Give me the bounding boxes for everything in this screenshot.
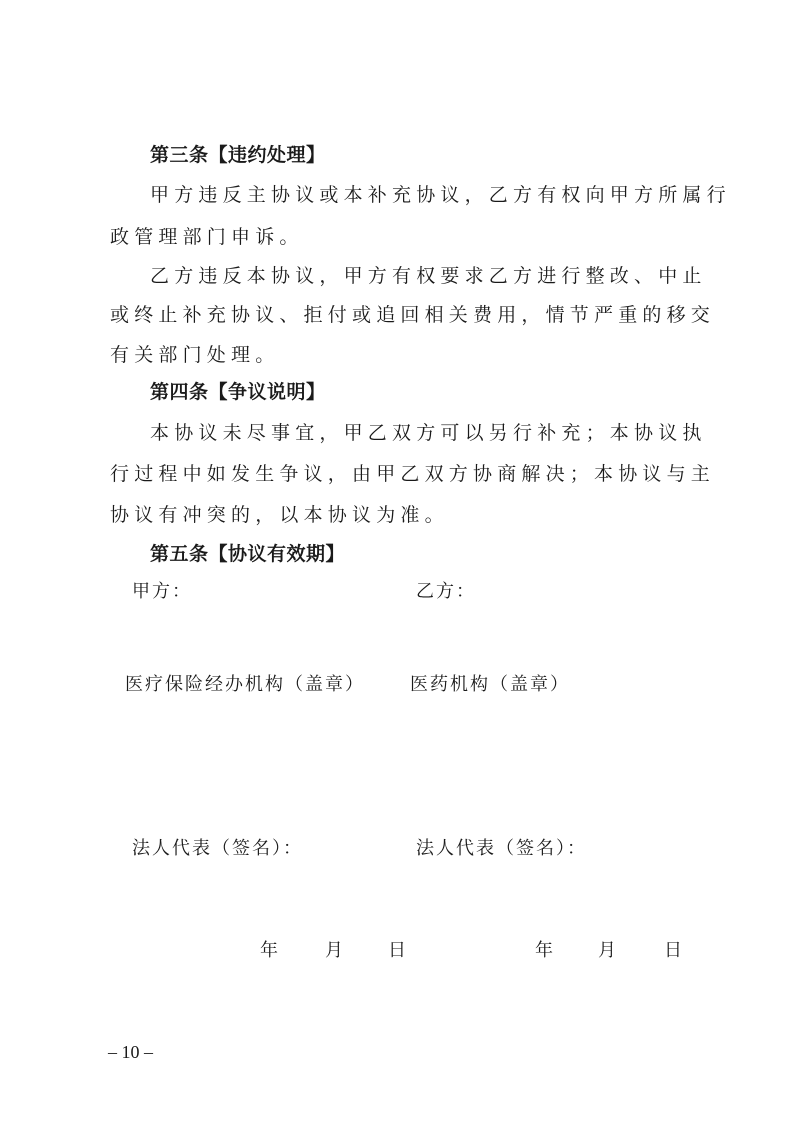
party-a-date-day: 日: [388, 939, 406, 963]
party-a-label: 甲方：: [132, 580, 192, 604]
party-a-org-seal: 医疗保险经办机构（盖章）: [125, 673, 365, 697]
document-page: 第三条【违约处理】 甲方违反主协议或本补充协议，乙方有权向甲方所属行 政管理部门…: [0, 0, 793, 1122]
article-4-heading: 第四条【争议说明】: [150, 380, 326, 404]
article-4-paragraph-line-1: 本协议未尽事宜，甲乙双方可以另行补充；本协议执: [150, 421, 736, 445]
party-b-org-seal: 医药机构（盖章）: [410, 673, 570, 697]
article-3-paragraph-1-line-2: 政管理部门申诉。: [110, 225, 696, 249]
party-b-date-day: 日: [664, 939, 682, 963]
article-4-paragraph-line-3: 协议有冲突的，以本协议为准。: [110, 503, 696, 527]
article-4-paragraph-line-2: 行过程中如发生争议，由甲乙双方协商解决；本协议与主: [110, 462, 696, 486]
page-number: – 10 –: [108, 1042, 153, 1063]
party-a-date-year: 年: [260, 939, 278, 963]
article-3-paragraph-1-line-1: 甲方违反主协议或本补充协议，乙方有权向甲方所属行: [150, 183, 736, 207]
article-3-heading: 第三条【违约处理】: [150, 143, 326, 167]
party-b-rep-signature: 法人代表（签名）：: [416, 837, 587, 861]
article-3-paragraph-2-line-3: 有关部门处理。: [110, 343, 696, 367]
party-a-rep-signature: 法人代表（签名）：: [132, 837, 303, 861]
article-5-heading: 第五条【协议有效期】: [150, 542, 345, 566]
party-b-label: 乙方：: [416, 580, 476, 604]
article-3-paragraph-2-line-1: 乙方违反本协议，甲方有权要求乙方进行整改、中止: [150, 264, 736, 288]
party-b-date-month: 月: [598, 939, 616, 963]
party-b-date-year: 年: [535, 939, 553, 963]
party-a-date-month: 月: [325, 939, 343, 963]
article-3-paragraph-2-line-2: 或终止补充协议、拒付或追回相关费用，情节严重的移交: [110, 303, 696, 327]
